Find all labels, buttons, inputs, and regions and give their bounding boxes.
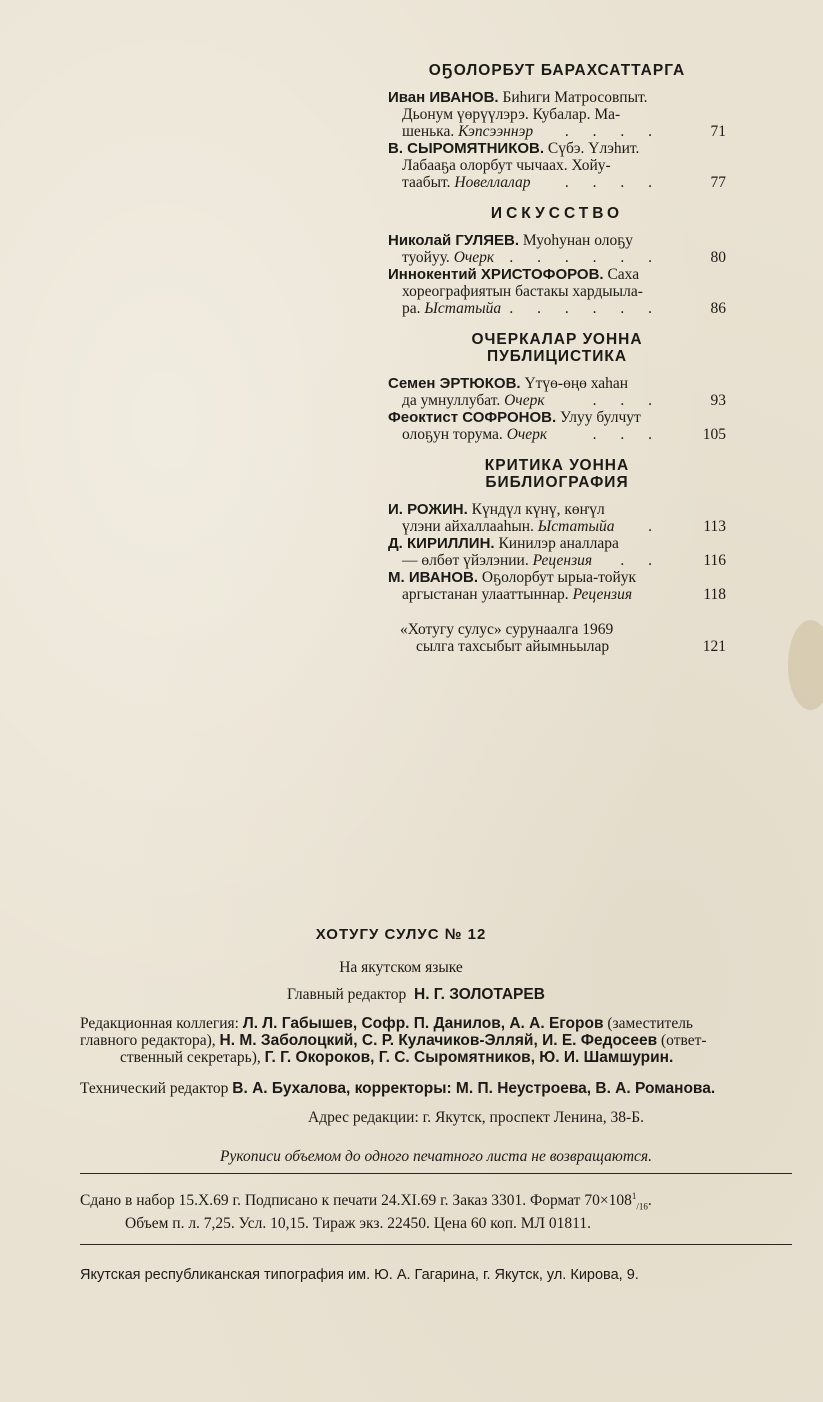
entry-title: Күндүл күнү, көҥүл	[472, 501, 605, 518]
entry-author: Семен ЭРТЮКОВ.	[388, 375, 521, 392]
entry-page: 80	[696, 249, 726, 266]
toc-entry[interactable]: В. СЫРОМЯТНИКОВ. Сүбэ. Үлэһит. Лабааҕа о…	[388, 140, 726, 191]
format-sub: /16	[636, 1201, 648, 1211]
entry-title-cont: таабыт.	[402, 174, 451, 191]
print-details-line: Объем п. л. 7,25. Усл. 10,15. Тираж экз.…	[80, 1215, 792, 1232]
entry-title-cont: да умнуллубат.	[402, 392, 500, 409]
format-sup: 1	[632, 1191, 637, 1201]
entry-title: Кинилэр аналлара	[498, 535, 618, 552]
toc-entry[interactable]: Иван ИВАНОВ. Биһиги Матросовпыт. Дьонум …	[388, 89, 726, 140]
entry-genre: Очерк	[454, 249, 494, 266]
entry-genre: Очерк	[507, 426, 547, 443]
manuscripts-note: Рукописи объемом до одного печатного лис…	[80, 1148, 792, 1165]
chief-editor: Главный редактор Н. Г. ЗОЛОТАРЕВ	[40, 986, 792, 1003]
entry-author: Д. КИРИЛЛИН.	[388, 535, 495, 552]
entry-title: Биһиги Матросовпыт.	[502, 89, 647, 106]
divider	[80, 1244, 792, 1245]
entry-page: 113	[696, 518, 726, 535]
entry-genre: Кэпсээннэр	[458, 123, 533, 140]
section-title-line: КРИТИКА УОННА	[388, 457, 726, 474]
entry-author: Иван ИВАНОВ.	[388, 89, 499, 106]
toc-entry[interactable]: И. РОЖИН. Күндүл күнү, көҥүл үлэни айхал…	[388, 501, 726, 535]
entry-title-cont: сылга тахсыбыт айымньылар	[416, 638, 703, 655]
chief-editor-name: Н. Г. ЗОЛОТАРЕВ	[414, 986, 545, 1003]
language-note: На якутском языке	[10, 959, 792, 976]
section-title-line: ОЧЕРКАЛАР УОННА	[388, 331, 726, 348]
entry-page: 116	[696, 552, 726, 569]
entry-title-cont: туойуу.	[402, 249, 450, 266]
board-note: (ответ-	[661, 1032, 707, 1049]
entry-title-cont: ра.	[402, 300, 421, 317]
print-details: Сдано в набор 15.X.69 г. Подписано к печ…	[80, 1188, 792, 1232]
entry-title: Саха	[607, 266, 639, 283]
entry-genre: Ыстатыйа	[538, 518, 615, 535]
entry-title-cont: шенька.	[402, 123, 454, 140]
entry-title-cont: хореографиятын бастакы хардыыла-	[388, 283, 726, 300]
toc-entry[interactable]: М. ИВАНОВ. Оҕолорбут ырыа-тойук аргыстан…	[388, 569, 726, 603]
entry-author: Иннокентий ХРИСТОФОРОВ.	[388, 266, 604, 283]
editorial-address: Адрес редакции: г. Якутск, проспект Лени…	[160, 1109, 792, 1126]
entry-title-cont: — өлбөт үйэлэнии.	[402, 552, 529, 569]
entry-page: 121	[703, 638, 726, 655]
board-members: Л. Л. Габышев, Софр. П. Данилов, А. А. Е…	[243, 1015, 604, 1032]
board-note: (заместитель	[607, 1015, 693, 1032]
entry-title-cont: үлэни айхаллааһын.	[402, 518, 534, 535]
entry-page: 93	[696, 392, 726, 409]
section-title-line: ПУБЛИЦИСТИКА	[388, 348, 726, 365]
entry-genre: Новеллалар	[454, 174, 530, 191]
board-members: Н. М. Заболоцкий, С. Р. Кулачиков-Элляй,…	[220, 1032, 658, 1049]
tech-editor-label: Технический редактор	[80, 1080, 228, 1097]
toc-entry[interactable]: Иннокентий ХРИСТОФОРОВ. Саха хореография…	[388, 266, 726, 317]
section-title: ОҔОЛОРБУТ БАРАХСАТТАРГА	[388, 62, 726, 79]
editorial-board: Редакционная коллегия: Л. Л. Габышев, Со…	[80, 1015, 792, 1066]
table-of-contents: ОҔОЛОРБУТ БАРАХСАТТАРГА Иван ИВАНОВ. Биһ…	[388, 62, 726, 655]
board-label: Редакционная коллегия:	[80, 1015, 239, 1032]
toc-entry[interactable]: Семен ЭРТЮКОВ. Үтүө-өңө хаһан да умнуллу…	[388, 375, 726, 409]
entry-page: 71	[696, 123, 726, 140]
entry-title-cont: олоҕун торума.	[402, 426, 503, 443]
entry-genre: Очерк	[504, 392, 544, 409]
entry-title-cont: Дьонум үөрүүлэрэ. Кубалар. Ма-	[388, 106, 726, 123]
chief-editor-label: Главный редактор	[287, 986, 406, 1003]
entry-title: Муоһунан олоҕу	[523, 232, 633, 249]
entry-page: 118	[696, 586, 726, 603]
toc-entry[interactable]: Феоктист СОФРОНОВ. Улуу булчут олоҕун то…	[388, 409, 726, 443]
entry-genre: Ыстатыйа	[424, 300, 501, 317]
entry-page: 86	[696, 300, 726, 317]
entry-page: 105	[696, 426, 726, 443]
section-title-line: БИБЛИОГРАФИЯ	[388, 474, 726, 491]
imprint: ХОТУГУ СУЛУС № 12 На якутском языке Глав…	[80, 926, 792, 1284]
entry-author: Феоктист СОФРОНОВ.	[388, 409, 556, 426]
entry-author: В. СЫРОМЯТНИКОВ.	[388, 140, 544, 157]
magazine-issue-title: ХОТУГУ СУЛУС № 12	[10, 926, 792, 943]
toc-section-1: ОҔОЛОРБУТ БАРАХСАТТАРГА Иван ИВАНОВ. Биһ…	[388, 62, 726, 191]
print-details-line: Сдано в набор 15.X.69 г. Подписано к печ…	[80, 1192, 632, 1209]
toc-section-4: КРИТИКА УОННА БИБЛИОГРАФИЯ И. РОЖИН. Күн…	[388, 457, 726, 603]
toc-section-3: ОЧЕРКАЛАР УОННА ПУБЛИЦИСТИКА Семен ЭРТЮК…	[388, 331, 726, 443]
divider	[80, 1173, 792, 1174]
entry-title: Сүбэ. Үлэһит.	[548, 140, 640, 157]
entry-title: Оҕолорбут ырыа-тойук	[482, 569, 636, 586]
entry-author: М. ИВАНОВ.	[388, 569, 478, 586]
entry-author: Николай ГУЛЯЕВ.	[388, 232, 519, 249]
entry-title: Үтүө-өңө хаһан	[524, 375, 628, 392]
section-title: ОЧЕРКАЛАР УОННА ПУБЛИЦИСТИКА	[388, 331, 726, 365]
entry-author: И. РОЖИН.	[388, 501, 468, 518]
tech-editor-names: В. А. Бухалова, корректоры: М. П. Неустр…	[232, 1080, 715, 1097]
technical-editor: Технический редактор В. А. Бухалова, кор…	[80, 1080, 792, 1097]
toc-section-2: ИСКУССТВО Николай ГУЛЯЕВ. Муоһунан олоҕу…	[388, 205, 726, 317]
toc-entry[interactable]: Д. КИРИЛЛИН. Кинилэр аналлара — өлбөт үй…	[388, 535, 726, 569]
entry-title-cont: Лабааҕа олорбут чычаах. Хойу-	[388, 157, 726, 174]
entry-title-cont: аргыстанан улааттыннар.	[402, 586, 569, 603]
section-title: ИСКУССТВО	[388, 205, 726, 222]
toc-entry-subscription[interactable]: «Хотугу сулус» сурунаалга 1969 сылга тах…	[388, 621, 726, 655]
toc-entry[interactable]: Николай ГУЛЯЕВ. Муоһунан олоҕу туойуу. О…	[388, 232, 726, 266]
section-title: КРИТИКА УОННА БИБЛИОГРАФИЯ	[388, 457, 726, 491]
board-note: ственный секретарь),	[120, 1049, 261, 1066]
entry-page: 77	[696, 174, 726, 191]
entry-genre: Рецензия	[533, 552, 593, 569]
board-members: Г. Г. Окороков, Г. С. Сыромятников, Ю. И…	[265, 1049, 674, 1066]
board-note: главного редактора),	[80, 1032, 216, 1049]
entry-genre: Рецензия	[573, 586, 633, 603]
entry-title: «Хотугу сулус» сурунаалга 1969	[388, 621, 726, 638]
paper-stain	[788, 620, 823, 710]
printing-house: Якутская республиканская типография им. …	[80, 1267, 792, 1284]
entry-title: Улуу булчут	[560, 409, 641, 426]
